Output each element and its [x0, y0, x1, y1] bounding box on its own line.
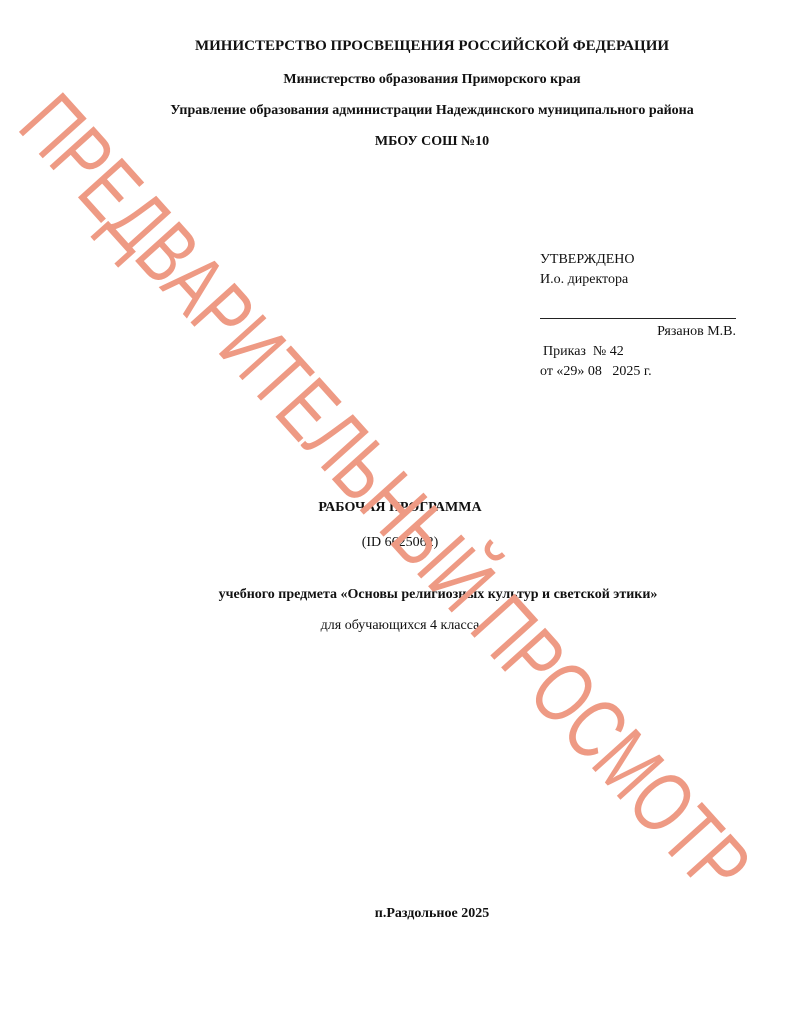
order-number: Приказ № 42 — [540, 342, 736, 362]
audience-line: для обучающихся 4 класса — [0, 618, 800, 634]
program-id: (ID 6625062) — [0, 535, 800, 551]
approval-block: УТВЕРЖДЕНО И.о. директора Рязанов М.В. П… — [540, 250, 736, 382]
school-heading: МБОУ СОШ №10 — [32, 134, 800, 150]
approval-label: УТВЕРЖДЕНО — [540, 250, 736, 270]
document-title: РАБОЧАЯ ПРОГРАММА — [0, 500, 800, 516]
approval-position: И.о. директора — [540, 270, 736, 290]
subject-line: учебного предмета «Основы религиозных ку… — [38, 587, 800, 603]
place-year: п.Раздольное 2025 — [32, 906, 800, 922]
ministry-heading: МИНИСТЕРСТВО ПРОСВЕЩЕНИЯ РОССИЙСКОЙ ФЕДЕ… — [32, 38, 800, 55]
department-heading: Управление образования администрации Над… — [32, 103, 800, 119]
signature-line — [540, 310, 736, 319]
signatory-name: Рязанов М.В. — [540, 322, 736, 342]
order-date: от «29» 08 2025 г. — [540, 362, 736, 382]
regional-ministry-heading: Министерство образования Приморского кра… — [32, 72, 800, 88]
watermark-text: ПРЕДВАРИТЕЛЬНЫЙ ПРОСМОТР — [1, 76, 769, 914]
